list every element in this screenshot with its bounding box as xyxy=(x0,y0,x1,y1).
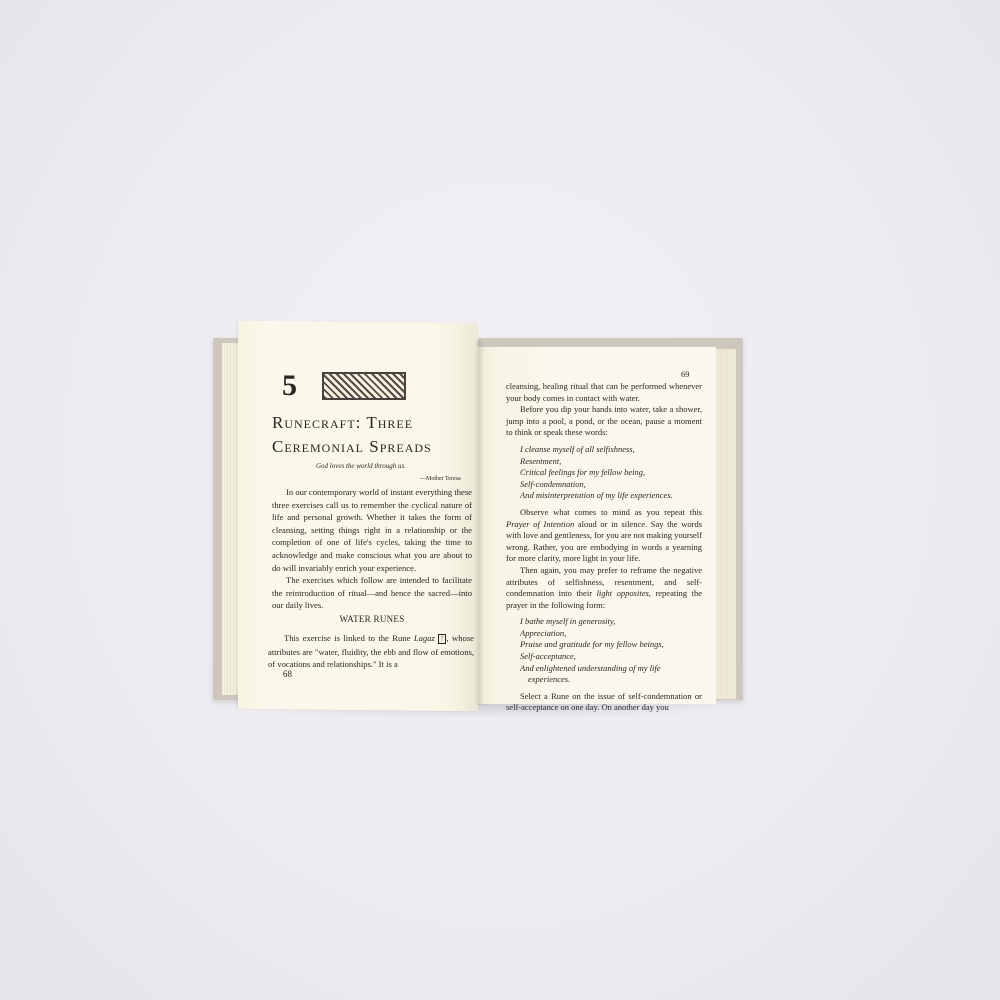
book-gutter xyxy=(474,340,484,705)
chapter-title-line-2: Ceremonial Spreads xyxy=(272,435,472,459)
prayer-verse-2: I bathe myself in generosity, Appreciati… xyxy=(520,616,702,686)
left-page-body: In our contemporary world of instant eve… xyxy=(272,486,472,612)
knotwork-ornament-icon xyxy=(322,372,406,400)
paragraph: Then again, you may prefer to reframe th… xyxy=(506,565,702,611)
page-number-left: 68 xyxy=(283,669,292,679)
section-heading: WATER RUNES xyxy=(272,614,472,624)
chapter-number: 5 xyxy=(282,371,297,401)
paragraph: The exercises which follow are intended … xyxy=(272,574,472,612)
paragraph: In our contemporary world of instant eve… xyxy=(272,486,472,574)
chapter-title-line-1: Runecraft: Three xyxy=(272,411,472,435)
epigraph-attribution: —Mother Teresa xyxy=(420,476,461,482)
paragraph: Before you dip your hands into water, ta… xyxy=(506,404,702,439)
section-paragraph: This exercise is linked to the Rune Laga… xyxy=(268,632,474,671)
page-number-right: 69 xyxy=(681,369,690,379)
paragraph: cleansing, healing ritual that can be pe… xyxy=(506,381,702,404)
prayer-verse-1: I cleanse myself of all selfishness, Res… xyxy=(520,444,702,502)
right-page-body: cleansing, healing ritual that can be pe… xyxy=(506,381,702,714)
paragraph: Select a Rune on the issue of self-conde… xyxy=(506,691,702,714)
chapter-title: Runecraft: Three Ceremonial Spreads xyxy=(272,411,472,459)
paragraph: Observe what comes to mind as you repeat… xyxy=(506,507,702,565)
rune-name: Lagaz xyxy=(414,633,435,643)
epigraph: God loves the world through us. xyxy=(316,462,406,470)
